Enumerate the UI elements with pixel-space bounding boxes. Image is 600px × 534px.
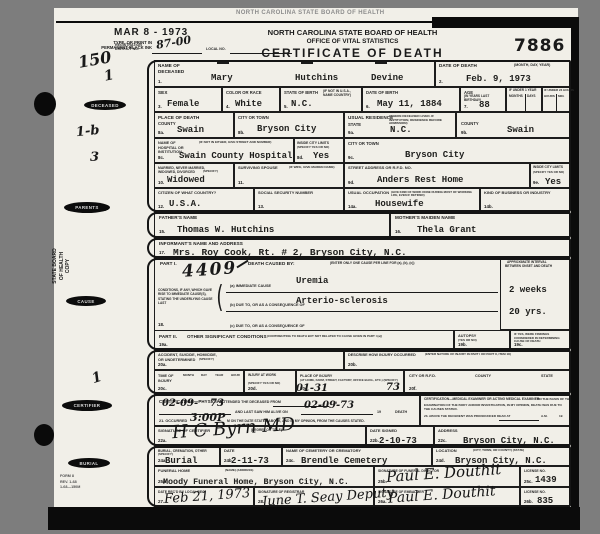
field-industry: KIND OF BUSINESS OR INDUSTRY 14b. (480, 188, 570, 212)
field-burial-date: DATE 24b. 2-11-73 (220, 446, 282, 466)
conditions-note: CONDITIONS, IF ANY, WHICH GAVE RISE TO I… (158, 288, 220, 305)
field-sex: SEX 3. Female (154, 87, 222, 112)
field-funeral-home: FUNERAL HOME (NAME) (ADDRESS) 25a. Moody… (154, 466, 374, 487)
certificate-number: 7886 (514, 36, 565, 56)
state-copy-note: STATE BOARD OF HEALTH COPY (52, 238, 92, 294)
date-of-death-value: Feb. 9, 1973 (466, 74, 531, 84)
scan-top-line (56, 21, 432, 23)
field-date-of-birth: DATE OF BIRTH 6. May 11, 1884 (362, 87, 460, 112)
residence-state-value: N.C. (390, 125, 412, 135)
field-age: AGE (IN YEARS LAST BIRTHDAY) 7. 88 (460, 87, 506, 112)
deceased-middle-name: Hutchins (295, 73, 338, 83)
field-date-of-death: DATE OF DEATH (MONTH, DAY, YEAR) 2. Feb.… (435, 60, 570, 87)
caused-by-label: DEATH CAUSED BY: (248, 261, 295, 267)
stamp-cause: CAUSE (66, 296, 106, 306)
burial-date-value: 2-11-73 (231, 456, 269, 466)
form-title: CERTIFICATE OF DEATH (245, 46, 460, 60)
mother-name-value: Thela Grant (417, 225, 476, 235)
scan-bottom-band (48, 507, 580, 530)
residence-city-value: Bryson City (405, 150, 464, 160)
race-value: White (235, 99, 262, 109)
hospital-value: Swain County Hospital (179, 151, 292, 161)
father-name-value: Thomas W. Hutchins (177, 225, 274, 235)
stamp-parents: PARENTS (64, 202, 110, 213)
death-city-value: Bryson City (257, 124, 316, 134)
street-address-value: Anders Rest Home (377, 175, 463, 185)
local-no-label: LOCAL NO. (206, 47, 226, 51)
cause-note: (ENTER ONLY ONE CAUSE PER LINE FOR (a), … (330, 262, 414, 266)
field-residence-county: COUNTY 9b. Swain (456, 112, 570, 138)
cause-code-handwritten: 4409 (181, 258, 238, 282)
field-manner-of-death: ACCIDENT, SUICIDE, HOMICIDE, OR UNDETERM… (154, 350, 344, 370)
field-residence-city: CITY OR TOWN 9c. Bryson City (344, 138, 570, 163)
field-street-address: STREET ADDRESS OR R.F.D. NO. 9d. Anders … (344, 163, 530, 188)
punch-hole-top (34, 92, 56, 116)
stamp-burial: BURIAL (68, 458, 110, 468)
occupation-value: Housewife (375, 199, 424, 209)
age-value: 88 (479, 100, 490, 110)
field-place-of-death-county: PLACE OF DEATH COUNTY 8a. Swain (154, 112, 234, 138)
field-state-of-birth: STATE OF BIRTH (IF NOT IN U.S.A., NAME C… (280, 87, 362, 112)
field-burial-type: BURIAL, CREMATION, OTHER (SPECIFY) 24a. … (154, 446, 220, 466)
field-ssn: SOCIAL SECURITY NUMBER 13. (254, 188, 344, 212)
field-marital-status: MARRIED, NEVER MARRIED, WIDOWED, DIVORCE… (154, 163, 234, 188)
certifier-address-value: Bryson City, N.C. (463, 436, 555, 446)
funeral-home-value: Moody Funeral Home, Bryson City, N.C. (163, 477, 349, 487)
deceased-last-name: Devine (371, 73, 403, 83)
sex-value: Female (167, 99, 199, 109)
field-place-of-death-city: CITY OR TOWN 8b. Bryson City (234, 112, 344, 138)
death-certificate-scan: NORTH CAROLINA STATE BOARD OF HEALTH MAR… (0, 0, 600, 534)
due-to-value: Arterio-sclerosis (296, 296, 388, 306)
field-injury-at-work: INJURY AT WORK (SPECIFY YES OR NO) 20d. (244, 370, 296, 394)
field-name-of-deceased: NAME OF DECEASED 1. Mary Hutchins Devine (154, 60, 435, 87)
due-to2-label: (c) DUE TO, OR AS A CONSEQUENCE OF (230, 324, 305, 329)
citizen-value: U.S.A. (169, 199, 201, 209)
date-signed-value: 2-10-73 (379, 436, 417, 446)
field-hospital: NAME OF HOSPITAL OR INSTITUTION (IF NOT … (154, 138, 294, 163)
field-residence-state: USUAL RESIDENCE (WHERE DECEASED LIVED. I… (344, 112, 456, 138)
field-informant: INFORMANT'S NAME AND ADDRESS 17. Mrs. Ro… (154, 238, 570, 258)
hand-attended-to-year: 73 (386, 382, 400, 393)
embalmer-license-value: 835 (537, 496, 553, 506)
field-father-name: FATHER'S NAME 15. Thomas W. Hutchins (154, 212, 390, 238)
field-autopsy-findings: IF YES, WERE FINDINGS CONSIDERED IN DETE… (510, 330, 570, 350)
state-copy-line3: COPY (65, 238, 72, 294)
board-name: NORTH CAROLINA STATE BOARD OF HEALTH (245, 28, 460, 37)
field-certifier-address: ADDRESS 22c. Bryson City, N.C. (434, 426, 570, 446)
bleed-through-text: NORTH CAROLINA STATE BOARD OF HEALTH (236, 10, 385, 16)
funeral-director-license-value: 1439 (535, 475, 557, 485)
due-to-label: (b) DUE TO, OR AS A CONSEQUENCE OF (230, 303, 305, 308)
hand-attended-to-date: 01-31 (296, 383, 328, 394)
field-autopsy: AUTOPSY (YES OR NO) 19b. (454, 330, 510, 350)
field-injury-location: CITY OR R.F.D. COUNTY STATE 20f. (404, 370, 570, 394)
field-if-under-1-year: IF UNDER 1 YEAR MONTHS DAYS (506, 87, 542, 112)
field-mother-name: MOTHER'S MAIDEN NAME 16. Thela Grant (390, 212, 570, 238)
state-of-birth-value: N.C. (291, 99, 313, 109)
form-number-note: FORM 8 REV. 1-68 1-68—150M (60, 474, 80, 491)
cause-num: 18. (158, 322, 164, 327)
death-county-value: Swain (177, 125, 204, 135)
field-how-injury-occurred: DESCRIBE HOW INJURY OCCURRED (ENTER NATU… (344, 350, 570, 370)
burial-type-value: Burial (165, 456, 197, 466)
field-funeral-director-license: LICENSE NO. 25c. 1439 (520, 466, 570, 487)
due-to-interval-value: 20 yrs. (509, 307, 547, 317)
field-inside-city-limits-death: INSIDE CITY LIMITS (SPECIFY YES OR NO) 8… (294, 138, 344, 163)
stamp-deceased: DECEASED (84, 100, 126, 110)
field-embalmer-license: LICENSE NO. 26b. 835 (520, 487, 570, 507)
scan-top-right-bar (432, 17, 578, 28)
field-surviving-spouse: SURVIVING SPOUSE (IF WIFE, GIVE MAIDEN N… (234, 163, 344, 188)
hand-attended-from-date: 02-09- (162, 398, 198, 409)
immediate-cause-label: (a) IMMEDIATE CAUSE (230, 284, 271, 289)
cemetery-value: Brendle Cemetery (301, 456, 387, 466)
date-of-birth-value: May 11, 1884 (377, 99, 442, 109)
margin-hand-1b: 1-b (75, 123, 100, 140)
punch-hole-bottom (34, 424, 54, 446)
informant-value: Mrs. Roy Cook, Rt. # 2, Bryson City, N.C… (173, 247, 407, 258)
field-cemetery: NAME OF CEMETERY OR CREMATORY 24c. Brend… (282, 446, 432, 466)
immediate-interval-value: 2 weeks (509, 285, 547, 295)
field-time-of-injury: TIME OF INJURY MONTH DAY YEAR HOUR 20c. (154, 370, 244, 394)
office-name: OFFICE OF VITAL STATISTICS (245, 38, 460, 45)
marital-status-value: Widowed (167, 175, 205, 185)
stamp-certifier: CERTIFIER (62, 400, 112, 411)
field-inside-city-limits-residence: INSIDE CITY LIMITS (SPECIFY YES OR NO) 9… (530, 163, 570, 188)
field-other-significant-conditions: PART II. OTHER SIGNIFICANT CONDITIONS (C… (154, 330, 454, 350)
residence-county-value: Swain (507, 125, 534, 135)
field-color-or-race: COLOR OR RACE 4. White (222, 87, 280, 112)
field-citizen: CITIZEN OF WHAT COUNTRY? 12. U.S.A. (154, 188, 254, 212)
inside-city-limits-value: Yes (313, 151, 329, 161)
hand-last-saw-date: 02-09-73 (304, 400, 354, 411)
medical-examiner-certification-block: CERTIFICATION—MEDICAL EXAMINER OR ACTING… (420, 394, 570, 426)
immediate-cause-value: Uremia (296, 276, 328, 286)
field-date-signed: DATE SIGNED 22b. 2-10-73 (366, 426, 434, 446)
deceased-first-name: Mary (211, 73, 233, 83)
interval-column: APPROXIMATE INTERVAL BETWEEN ONSET AND D… (500, 258, 570, 330)
field-occupation: USUAL OCCUPATION (GIVE KIND OF WORK DONE… (344, 188, 480, 212)
inside-city-limits2-value: Yes (545, 177, 561, 187)
margin-hand-3: 3 (90, 150, 99, 165)
hand-attended-from-year: 73 (210, 398, 224, 409)
field-if-under-24-hours: IF UNDER 24 HOURS HOURS MIN. (542, 87, 570, 112)
part1-label: PART I. (160, 261, 177, 267)
